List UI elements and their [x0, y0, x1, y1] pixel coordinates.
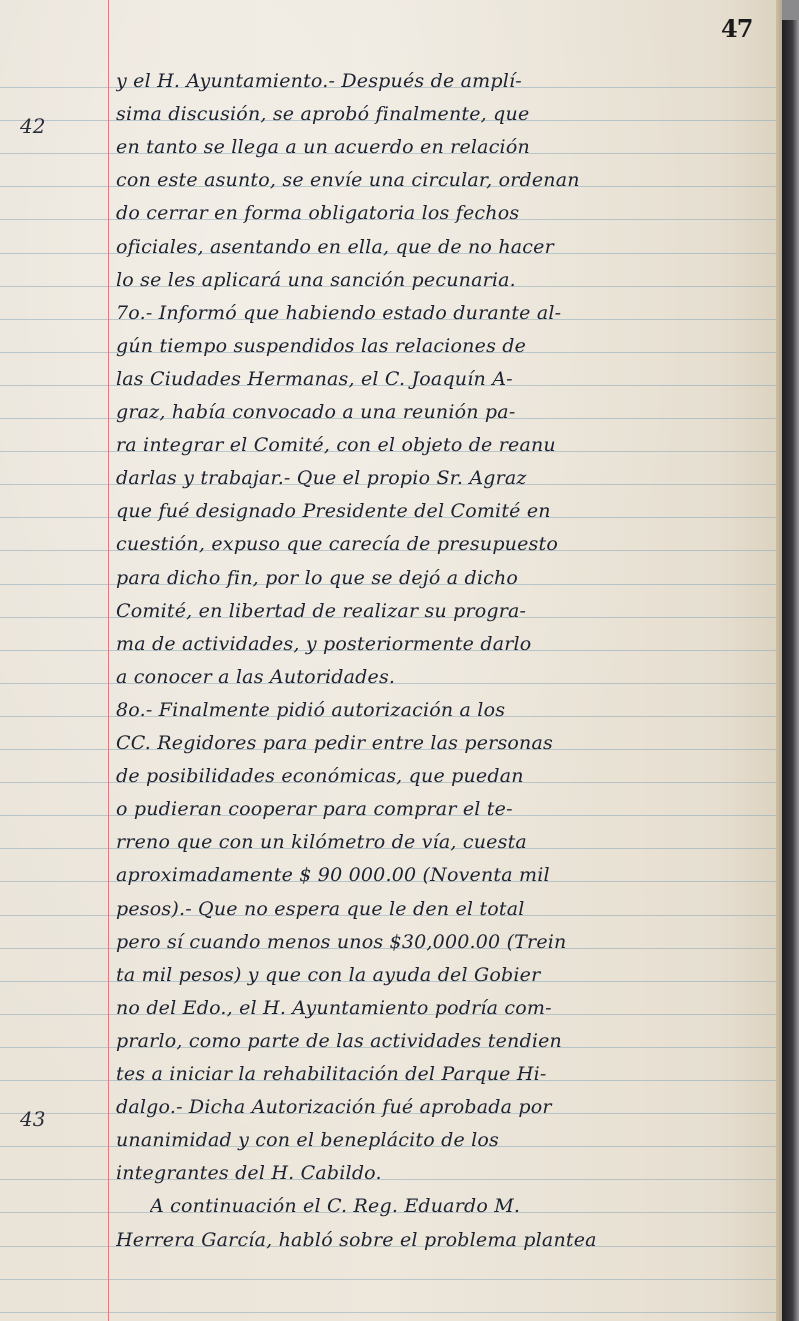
text-line: para dicho fin, por lo que se dejó a dic…	[116, 562, 772, 595]
rule-line	[0, 1279, 776, 1280]
ledger-page: 47 4243 y el H. Ayuntamiento.- Después d…	[0, 0, 776, 1321]
text-line: a conocer a las Autoridades.	[116, 661, 772, 694]
text-line: no del Edo., el H. Ayuntamiento podría c…	[116, 992, 772, 1025]
text-line: dalgo.- Dicha Autorización fué aprobada …	[116, 1091, 772, 1124]
text-line: con este asunto, se envíe una circular, …	[116, 164, 772, 197]
text-line: 8o.- Finalmente pidió autorización a los	[116, 694, 772, 727]
text-line: gún tiempo suspendidos las relaciones de	[116, 330, 772, 363]
rule-line	[0, 1312, 776, 1313]
book-cover-edge	[782, 20, 799, 1321]
text-line: sima discusión, se aprobó finalmente, qu…	[116, 98, 772, 131]
text-line: que fué designado Presidente del Comité …	[116, 495, 772, 528]
text-line: de posibilidades económicas, que puedan	[116, 760, 772, 793]
text-line: Comité, en libertad de realizar su progr…	[116, 595, 772, 628]
text-line: ta mil pesos) y que con la ayuda del Gob…	[116, 959, 772, 992]
text-line: darlas y trabajar.- Que el propio Sr. Ag…	[116, 462, 772, 495]
text-line: las Ciudades Hermanas, el C. Joaquín A-	[116, 363, 772, 396]
text-line: y el H. Ayuntamiento.- Después de amplí-	[116, 65, 772, 98]
text-line: en tanto se llega a un acuerdo en relaci…	[116, 131, 772, 164]
text-line: integrantes del H. Cabildo.	[116, 1157, 772, 1190]
text-line: Herrera García, habló sobre el problema …	[116, 1224, 772, 1257]
text-line: do cerrar en forma obligatoria los fecho…	[116, 197, 772, 230]
text-line: rreno que con un kilómetro de vía, cuest…	[116, 826, 772, 859]
text-line: 7o.- Informó que habiendo estado durante…	[116, 297, 772, 330]
text-line: A continuación el C. Reg. Eduardo M.	[150, 1190, 772, 1223]
text-line: lo se les aplicará una sanción pecunaria…	[116, 264, 772, 297]
text-line: ma de actividades, y posteriormente darl…	[116, 628, 772, 661]
text-line: o pudieran cooperar para comprar el te-	[116, 793, 772, 826]
text-line: tes a iniciar la rehabilitación del Parq…	[116, 1058, 772, 1091]
text-line: graz, había convocado a una reunión pa-	[116, 396, 772, 429]
text-line: pero sí cuando menos unos $30,000.00 (Tr…	[116, 926, 772, 959]
text-line: prarlo, como parte de las actividades te…	[116, 1025, 772, 1058]
text-line: cuestión, expuso que carecía de presupue…	[116, 528, 772, 561]
text-line: pesos).- Que no espera que le den el tot…	[116, 893, 772, 926]
text-line: aproximadamente $ 90 000.00 (Noventa mil	[116, 859, 772, 892]
margin-note-number: 43	[20, 1107, 45, 1131]
text-line: ra integrar el Comité, con el objeto de …	[116, 429, 772, 462]
margin-note-number: 42	[20, 114, 45, 138]
text-line: oficiales, asentando en ella, que de no …	[116, 231, 772, 264]
page-number: 47	[721, 14, 752, 43]
text-line: unanimidad y con el beneplácito de los	[116, 1124, 772, 1157]
text-line: CC. Regidores para pedir entre las perso…	[116, 727, 772, 760]
red-margin-line	[108, 0, 109, 1321]
